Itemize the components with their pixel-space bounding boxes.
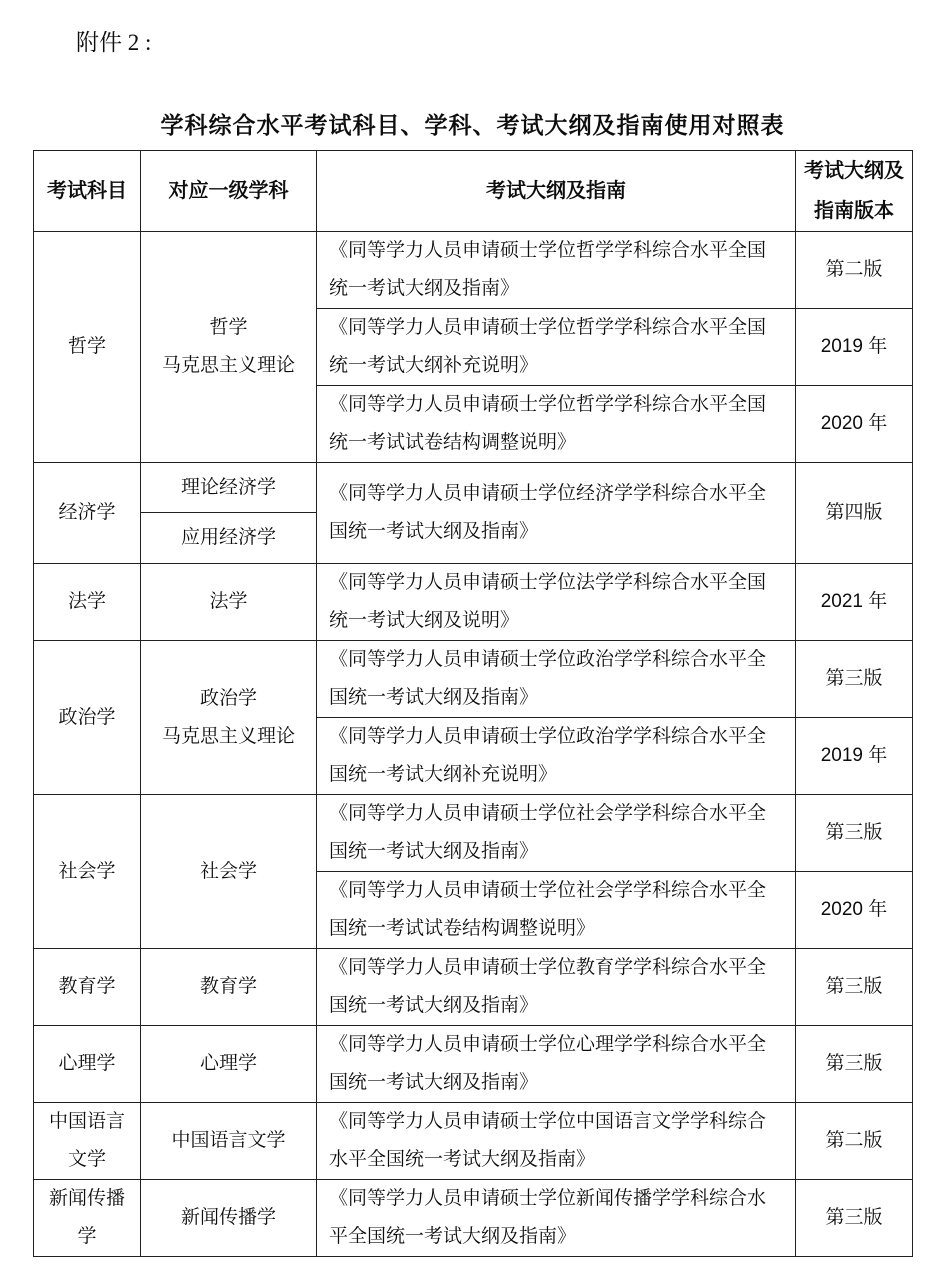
subject-cell-politics: 政治学 <box>34 641 141 795</box>
version-cell-psychology: 第三版 <box>796 1026 913 1103</box>
header-guide: 考试大纲及指南 <box>317 151 796 232</box>
version-cell-philosophy-1: 第二版 <box>796 232 913 309</box>
version-cell-sociology-2: 2020 年 <box>796 872 913 949</box>
discipline-cell-law: 法学 <box>141 564 317 641</box>
table-row: 教育学 教育学 《同等学力人员申请硕士学位教育学学科综合水平全国统一考试大纲及指… <box>34 949 913 1026</box>
table-row: 中国语言 文学 中国语言文学 《同等学力人员申请硕士学位中国语言文学学科综合水平… <box>34 1103 913 1180</box>
header-exam-subject: 考试科目 <box>34 151 141 232</box>
subject-cell-education: 教育学 <box>34 949 141 1026</box>
discipline-cell-theoretical-economics: 理论经济学 <box>141 463 317 513</box>
guide-cell-politics-2: 《同等学力人员申请硕士学位政治学学科综合水平全国统一考试大纲补充说明》 <box>317 718 796 795</box>
subject-cell-chinese-literature: 中国语言 文学 <box>34 1103 141 1180</box>
table-row: 新闻传播 学 新闻传播学 《同等学力人员申请硕士学位新闻传播学学科综合水平全国统… <box>34 1180 913 1257</box>
table-row: 哲学 哲学 马克思主义理论 《同等学力人员申请硕士学位哲学学科综合水平全国统一考… <box>34 232 913 309</box>
discipline-cell-philosophy: 哲学 马克思主义理论 <box>141 232 317 463</box>
guide-cell-sociology-2: 《同等学力人员申请硕士学位社会学学科综合水平全国统一考试试卷结构调整说明》 <box>317 872 796 949</box>
version-cell-sociology-1: 第三版 <box>796 795 913 872</box>
discipline-cell-politics: 政治学 马克思主义理论 <box>141 641 317 795</box>
table-row: 心理学 心理学 《同等学力人员申请硕士学位心理学学科综合水平全国统一考试大纲及指… <box>34 1026 913 1103</box>
discipline-cell-journalism: 新闻传播学 <box>141 1180 317 1257</box>
guide-cell-philosophy-1: 《同等学力人员申请硕士学位哲学学科综合水平全国统一考试大纲及指南》 <box>317 232 796 309</box>
guide-cell-chinese-literature: 《同等学力人员申请硕士学位中国语言文学学科综合水平全国统一考试大纲及指南》 <box>317 1103 796 1180</box>
discipline-cell-education: 教育学 <box>141 949 317 1026</box>
table-row: 政治学 政治学 马克思主义理论 《同等学力人员申请硕士学位政治学学科综合水平全国… <box>34 641 913 718</box>
version-cell-education: 第三版 <box>796 949 913 1026</box>
subject-cell-psychology: 心理学 <box>34 1026 141 1103</box>
guide-cell-psychology: 《同等学力人员申请硕士学位心理学学科综合水平全国统一考试大纲及指南》 <box>317 1026 796 1103</box>
guide-cell-journalism: 《同等学力人员申请硕士学位新闻传播学学科综合水平全国统一考试大纲及指南》 <box>317 1180 796 1257</box>
guide-cell-philosophy-3: 《同等学力人员申请硕士学位哲学学科综合水平全国统一考试试卷结构调整说明》 <box>317 386 796 463</box>
attachment-label: 附件 2 : <box>76 28 949 58</box>
guide-cell-education: 《同等学力人员申请硕士学位教育学学科综合水平全国统一考试大纲及指南》 <box>317 949 796 1026</box>
guide-cell-philosophy-2: 《同等学力人员申请硕士学位哲学学科综合水平全国统一考试大纲补充说明》 <box>317 309 796 386</box>
discipline-cell-applied-economics: 应用经济学 <box>141 513 317 564</box>
version-cell-politics-2: 2019 年 <box>796 718 913 795</box>
version-cell-economics: 第四版 <box>796 463 913 564</box>
version-cell-politics-1: 第三版 <box>796 641 913 718</box>
guide-cell-politics-1: 《同等学力人员申请硕士学位政治学学科综合水平全国统一考试大纲及指南》 <box>317 641 796 718</box>
subject-cell-journalism: 新闻传播 学 <box>34 1180 141 1257</box>
table-row: 经济学 理论经济学 《同等学力人员申请硕士学位经济学学科综合水平全国统一考试大纲… <box>34 463 913 513</box>
version-cell-chinese-literature: 第二版 <box>796 1103 913 1180</box>
discipline-cell-chinese-literature: 中国语言文学 <box>141 1103 317 1180</box>
header-discipline: 对应一级学科 <box>141 151 317 232</box>
discipline-cell-psychology: 心理学 <box>141 1026 317 1103</box>
header-version: 考试大纲及 指南版本 <box>796 151 913 232</box>
subject-cell-philosophy: 哲学 <box>34 232 141 463</box>
document-page: 附件 2 : 学科综合水平考试科目、学科、考试大纲及指南使用对照表 考试科目 对… <box>0 0 949 1257</box>
comparison-table: 考试科目 对应一级学科 考试大纲及指南 考试大纲及 指南版本 哲学 哲学 马克思… <box>33 150 913 1257</box>
version-cell-philosophy-2: 2019 年 <box>796 309 913 386</box>
table-header-row: 考试科目 对应一级学科 考试大纲及指南 考试大纲及 指南版本 <box>34 151 913 232</box>
version-cell-journalism: 第三版 <box>796 1180 913 1257</box>
subject-cell-law: 法学 <box>34 564 141 641</box>
version-cell-law: 2021 年 <box>796 564 913 641</box>
guide-cell-economics: 《同等学力人员申请硕士学位经济学学科综合水平全国统一考试大纲及指南》 <box>317 463 796 564</box>
subject-cell-sociology: 社会学 <box>34 795 141 949</box>
guide-cell-law: 《同等学力人员申请硕士学位法学学科综合水平全国统一考试大纲及说明》 <box>317 564 796 641</box>
page-title: 学科综合水平考试科目、学科、考试大纲及指南使用对照表 <box>33 108 912 142</box>
table-row: 社会学 社会学 《同等学力人员申请硕士学位社会学学科综合水平全国统一考试大纲及指… <box>34 795 913 872</box>
version-cell-philosophy-3: 2020 年 <box>796 386 913 463</box>
guide-cell-sociology-1: 《同等学力人员申请硕士学位社会学学科综合水平全国统一考试大纲及指南》 <box>317 795 796 872</box>
subject-cell-economics: 经济学 <box>34 463 141 564</box>
table-row: 法学 法学 《同等学力人员申请硕士学位法学学科综合水平全国统一考试大纲及说明》 … <box>34 564 913 641</box>
discipline-cell-sociology: 社会学 <box>141 795 317 949</box>
